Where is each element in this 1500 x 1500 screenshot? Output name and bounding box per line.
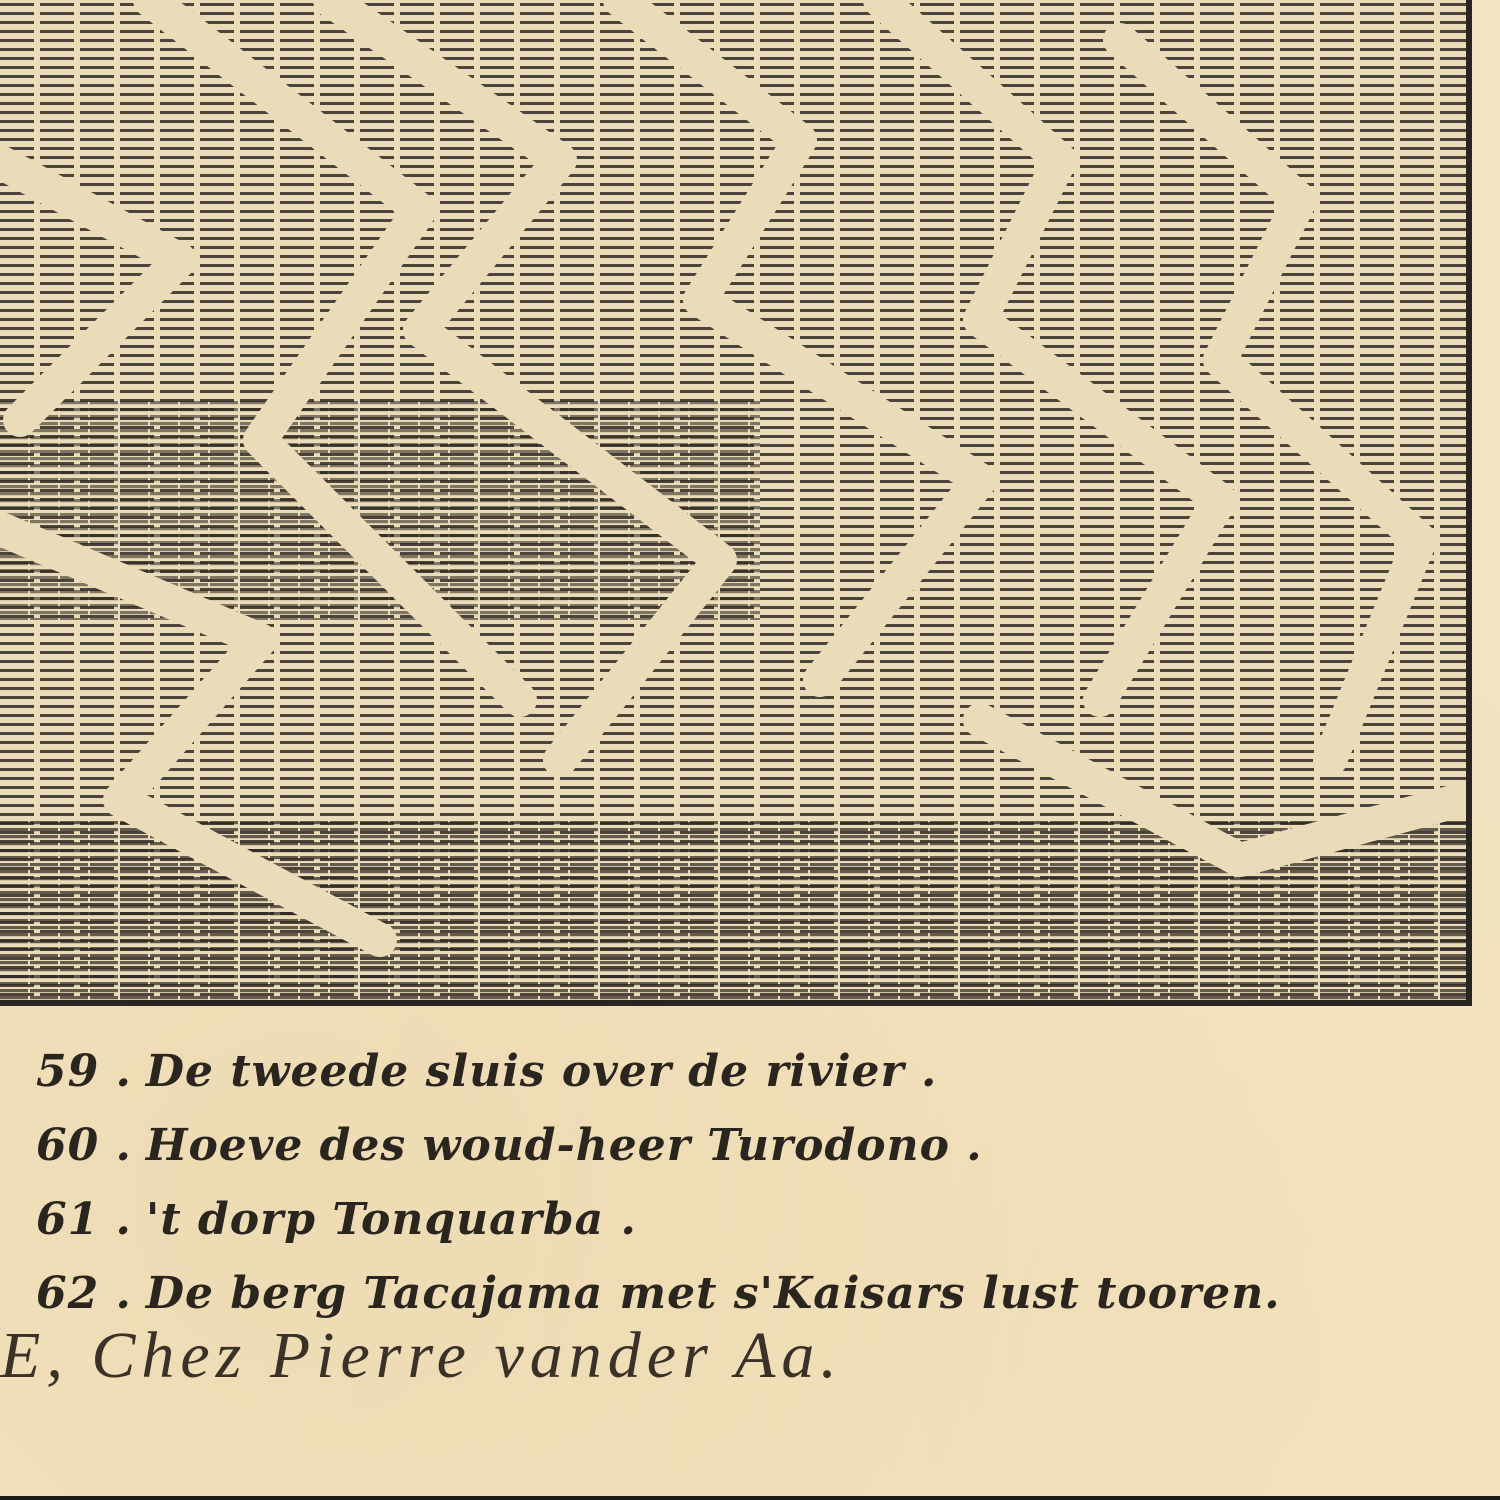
legend-text: De tweede sluis over de rivier .	[146, 1046, 938, 1097]
engraved-water-scene	[0, 0, 1472, 1006]
legend-number: 59 .	[36, 1046, 132, 1097]
legend-item: 61 .'t dorp Tonquarba .	[36, 1183, 1281, 1257]
legend-number: 60 .	[36, 1120, 132, 1171]
legend-item: 59 .De tweede sluis over de rivier .	[36, 1035, 1281, 1109]
legend-text: De berg Tacajama met s'Kaisars lust toor…	[146, 1268, 1281, 1319]
legend-text: 't dorp Tonquarba .	[146, 1194, 637, 1245]
legend-number: 61 .	[36, 1194, 132, 1245]
hatched-water-pattern	[0, 0, 1466, 1000]
publisher-imprint: E, Chez Pierre vander Aa.	[0, 1318, 843, 1394]
numbered-legend: 59 .De tweede sluis over de rivier . 60 …	[36, 1035, 1281, 1331]
legend-item: 60 .Hoeve des woud-heer Turodono .	[36, 1109, 1281, 1183]
legend-text: Hoeve des woud-heer Turodono .	[146, 1120, 983, 1171]
legend-number: 62 .	[36, 1268, 132, 1319]
scan-edge	[0, 1496, 1500, 1500]
